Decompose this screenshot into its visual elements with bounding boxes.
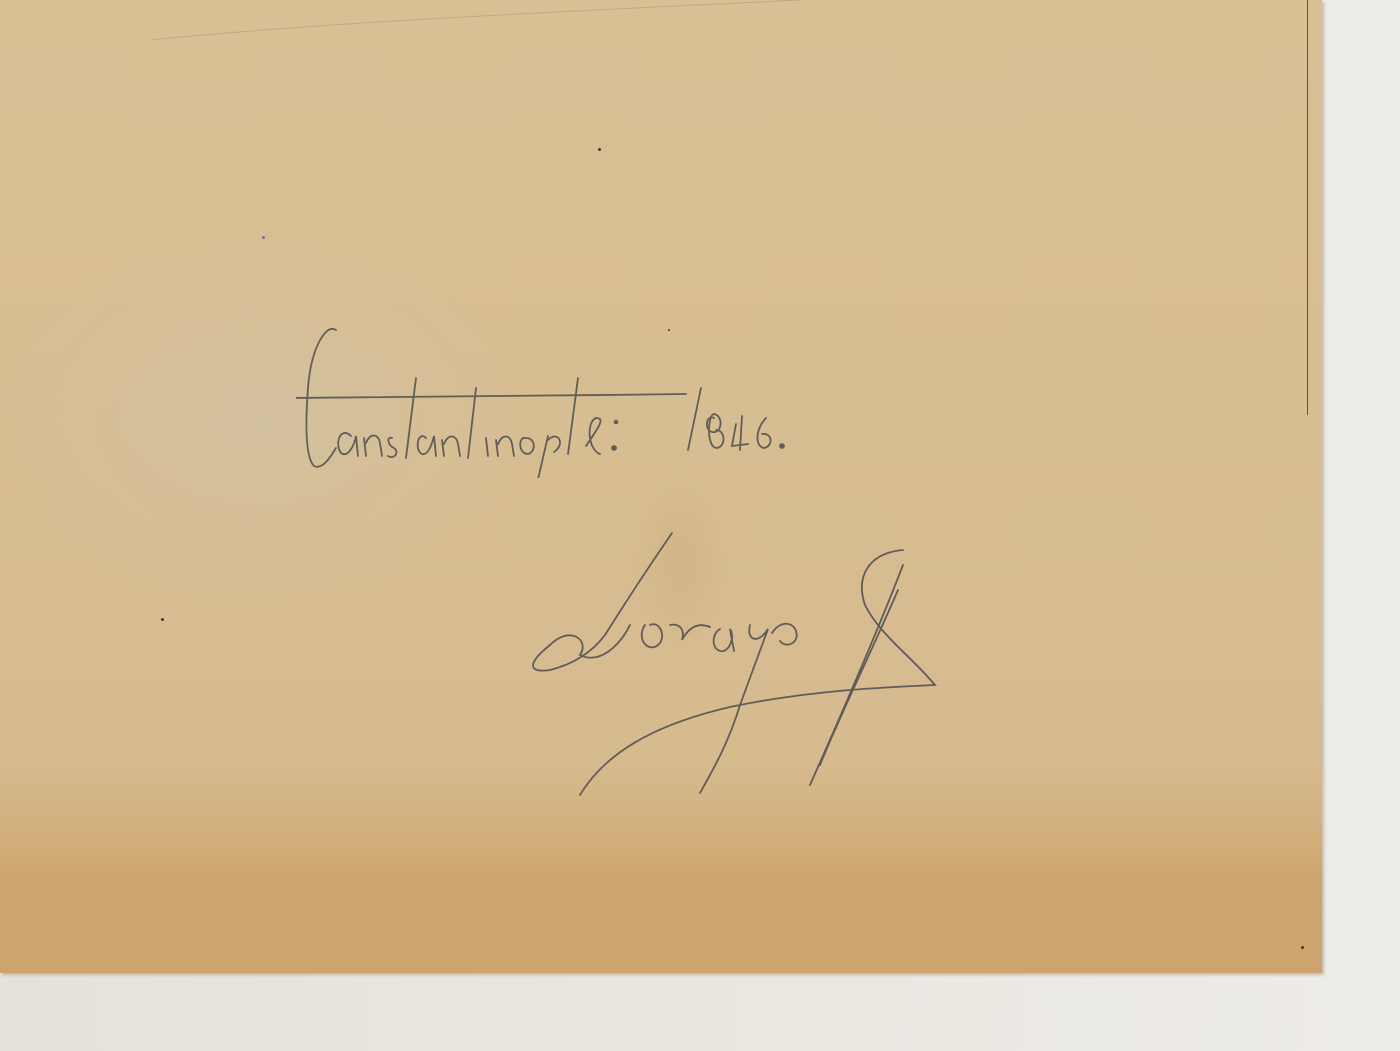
paper-sheet <box>0 0 1322 973</box>
paper-speck <box>161 618 164 621</box>
pencil-edge-line <box>1307 0 1308 415</box>
paper-discoloration-band <box>0 843 1322 973</box>
paper-speck <box>598 148 601 151</box>
faint-sketch-lines <box>150 0 850 60</box>
artist-signature: Doroгoff <box>510 525 940 805</box>
inscription-text: Constantinople: 1846. <box>296 358 1196 448</box>
place-date-inscription: Constantinople: 1846. <box>296 318 1196 478</box>
paper-speck <box>262 236 265 239</box>
signature-scribble <box>510 525 940 805</box>
paper-speck <box>1301 946 1304 949</box>
